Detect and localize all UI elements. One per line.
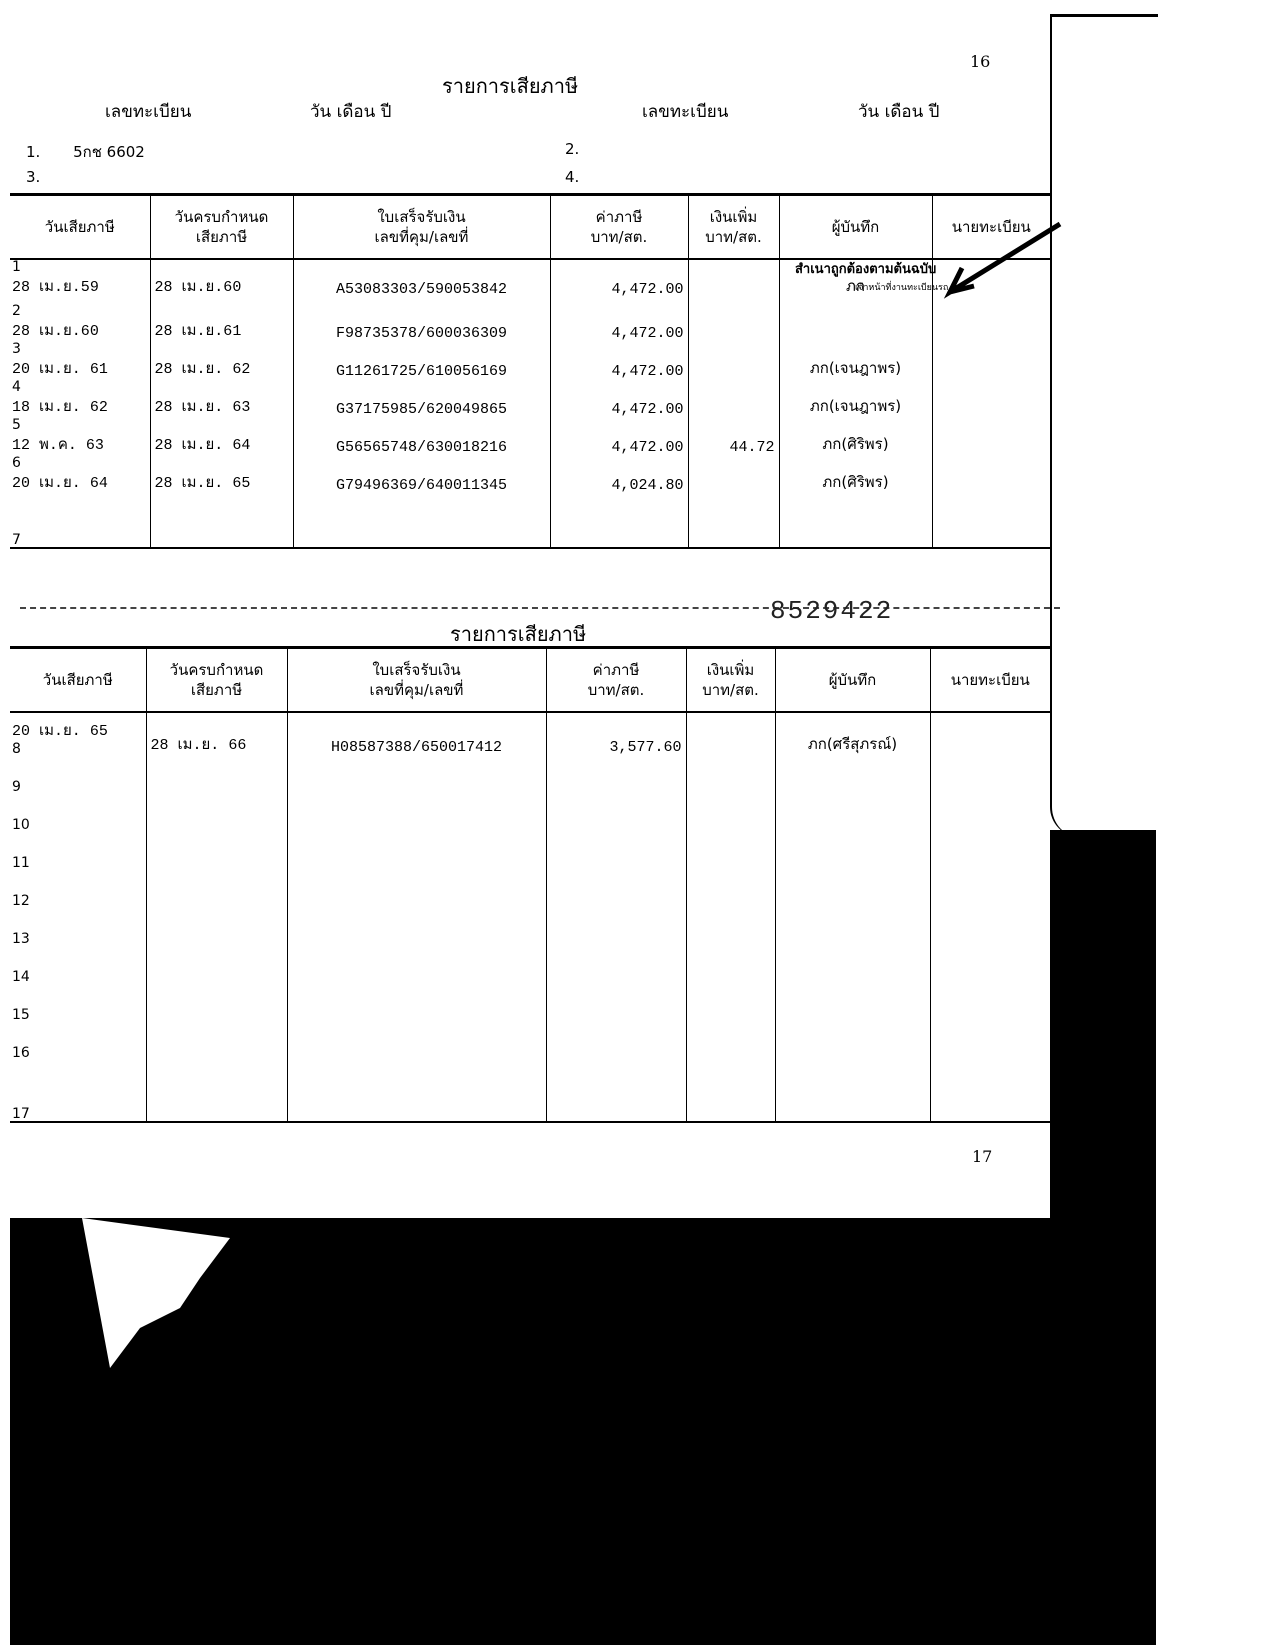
cell-paid: 620 เม.ย. 64 (10, 456, 150, 494)
table-row: 620 เม.ย. 6428 เม.ย. 65G79496369/6400113… (10, 456, 1050, 494)
cell-surcharge: 44.72 (688, 418, 779, 456)
table-header-row: วันเสียภาษี วันครบกำหนดเสียภาษี ใบเสร็จร… (10, 195, 1050, 259)
cell-receipt: G79496369/640011345 (293, 456, 550, 494)
header-tax: ค่าภาษีบาท/สต. (550, 195, 688, 259)
cell-paid: 11 (10, 832, 146, 870)
header-recorder: ผู้บันทึก (775, 648, 930, 712)
row-number: 2 (12, 304, 146, 318)
table-row: 14 (10, 946, 1050, 984)
cell-due: 28 เม.ย. 62 (150, 342, 293, 380)
header-receipt: ใบเสร็จรับเงินเลขที่คุม/เลขที่ (287, 648, 546, 712)
cell-recorder (775, 832, 930, 870)
cell-value: 20 เม.ย. 61 (12, 361, 108, 378)
cell-surcharge (686, 712, 775, 756)
table-row: 10 (10, 794, 1050, 832)
cell-value: 20 เม.ย. 65 (12, 723, 108, 740)
table-row: 12 (10, 870, 1050, 908)
cell-value: 18 เม.ย. 62 (12, 399, 108, 416)
cell-paid: 228 เม.ย.60 (10, 298, 150, 342)
cell-receipt (287, 1060, 546, 1122)
header-receipt: ใบเสร็จรับเงินเลขที่คุม/เลขที่ (293, 195, 550, 259)
cell-paid: 13 (10, 908, 146, 946)
stamp-subtext: เจ้าหน้าที่งานทะเบียนรถ (855, 280, 948, 294)
cell-tax (550, 494, 688, 548)
header-surcharge: เงินเพิ่มบาท/สต. (686, 648, 775, 712)
cell-recorder (775, 870, 930, 908)
header-due-date: วันครบกำหนดเสียภาษี (146, 648, 287, 712)
cell-due: 28 เม.ย. 66 (146, 712, 287, 756)
cell-registrar (932, 380, 1050, 418)
cell-receipt (287, 794, 546, 832)
cell-due (146, 1060, 287, 1122)
cell-receipt (287, 908, 546, 946)
header-registrar: นายทะเบียน (930, 648, 1050, 712)
registration-index: 3. (26, 168, 40, 186)
cell-tax (546, 832, 686, 870)
cell-surcharge (688, 380, 779, 418)
cell-receipt: A53083303/590053842 (293, 259, 550, 298)
cell-receipt (287, 984, 546, 1022)
row-number: 10 (12, 818, 142, 832)
registration-4: 4. (565, 168, 579, 186)
cell-tax: 4,024.80 (550, 456, 688, 494)
cell-paid: 320 เม.ย. 61 (10, 342, 150, 380)
header-tax: ค่าภาษีบาท/สต. (546, 648, 686, 712)
cell-value: 20 เม.ย. 64 (12, 475, 108, 492)
cell-receipt (287, 946, 546, 984)
cell-surcharge (688, 342, 779, 380)
label-reg-no-right: เลขทะเบียน (642, 98, 728, 125)
cell-registrar (932, 298, 1050, 342)
cell-tax: 4,472.00 (550, 298, 688, 342)
cell-registrar (930, 984, 1050, 1022)
row-number: 11 (12, 856, 142, 870)
registration-plate: 5กช 6602 (73, 143, 145, 161)
cell-paid: 16 (10, 1022, 146, 1060)
cell-surcharge (686, 1022, 775, 1060)
row-number: 12 (12, 894, 142, 908)
cell-tax: 4,472.00 (550, 259, 688, 298)
cell-due: 28 เม.ย.60 (150, 259, 293, 298)
cell-recorder (775, 946, 930, 984)
table-row: 9 (10, 756, 1050, 794)
cell-tax (546, 756, 686, 794)
cell-paid: 7 (10, 494, 150, 548)
row-number: 5 (12, 418, 146, 432)
cell-due (146, 794, 287, 832)
header-recorder: ผู้บันทึก (779, 195, 932, 259)
label-date-right: วัน เดือน ปี (858, 98, 939, 125)
cell-due: 28 เม.ย. 64 (150, 418, 293, 456)
row-number: 1 (12, 260, 146, 274)
cell-tax (546, 1022, 686, 1060)
cell-recorder: ภก(เจนฎาพร) (779, 342, 932, 380)
cell-paid: 512 พ.ค. 63 (10, 418, 150, 456)
torn-paper-corner (80, 1218, 250, 1378)
cell-receipt: H08587388/650017412 (287, 712, 546, 756)
cell-registrar (930, 712, 1050, 756)
row-number: 3 (12, 342, 146, 356)
scan-shadow-right (1050, 830, 1156, 1230)
cell-surcharge (686, 756, 775, 794)
cell-registrar (932, 494, 1050, 548)
cell-value: 28 เม.ย.59 (12, 279, 99, 296)
registration-index: 4. (565, 168, 579, 186)
cell-registrar (932, 342, 1050, 380)
table-row: 11 (10, 832, 1050, 870)
cell-paid: 20 เม.ย. 658 (10, 712, 146, 756)
cell-surcharge (686, 1060, 775, 1122)
cell-recorder (775, 984, 930, 1022)
table-row: 15 (10, 984, 1050, 1022)
cell-receipt: G56565748/630018216 (293, 418, 550, 456)
cell-tax (546, 870, 686, 908)
cell-registrar (930, 1022, 1050, 1060)
cell-surcharge (686, 946, 775, 984)
page-number-bottom: 17 (972, 1147, 992, 1166)
row-number: 13 (12, 932, 142, 946)
cell-recorder (779, 298, 932, 342)
cell-due: 28 เม.ย. 63 (150, 380, 293, 418)
cell-due (146, 756, 287, 794)
signature-stroke-icon (940, 220, 1065, 300)
row-number: 8 (12, 742, 142, 756)
cell-due: 28 เม.ย.61 (150, 298, 293, 342)
cell-paid: 9 (10, 756, 146, 794)
tax-payment-table-top: วันเสียภาษี วันครบกำหนดเสียภาษี ใบเสร็จร… (10, 193, 1050, 549)
cell-recorder (775, 1060, 930, 1122)
cell-due (146, 832, 287, 870)
header-due-date: วันครบกำหนดเสียภาษี (150, 195, 293, 259)
cell-surcharge (686, 870, 775, 908)
row-number: 16 (12, 1046, 142, 1060)
label-date-left: วัน เดือน ปี (310, 98, 391, 125)
cell-value: 12 พ.ค. 63 (12, 437, 104, 454)
header-paid-date: วันเสียภาษี (10, 195, 150, 259)
registration-3: 3. (26, 168, 40, 186)
cell-registrar (930, 794, 1050, 832)
cell-tax: 4,472.00 (550, 418, 688, 456)
cell-receipt: F98735378/600036309 (293, 298, 550, 342)
cell-recorder: ภก(ศิริพร) (779, 418, 932, 456)
cell-surcharge (686, 908, 775, 946)
page-number-top: 16 (970, 52, 990, 71)
cell-tax (546, 794, 686, 832)
cell-paid: 15 (10, 984, 146, 1022)
scanned-page-edge (1050, 14, 1158, 837)
cell-tax (546, 1060, 686, 1122)
cell-paid: 17 (10, 1060, 146, 1122)
cell-recorder (779, 494, 932, 548)
cell-recorder: ภก(ศรีสุภรณ์) (775, 712, 930, 756)
cell-receipt (287, 756, 546, 794)
cell-receipt (287, 832, 546, 870)
cell-registrar (932, 418, 1050, 456)
row-number: 4 (12, 380, 146, 394)
registration-1: 1. 5กช 6602 (26, 140, 145, 164)
header-paid-date: วันเสียภาษี (10, 648, 146, 712)
cell-due (146, 908, 287, 946)
cell-surcharge (688, 494, 779, 548)
cell-due (146, 1022, 287, 1060)
cell-tax (546, 984, 686, 1022)
tax-payment-table-bottom: วันเสียภาษี วันครบกำหนดเสียภาษี ใบเสร็จร… (10, 646, 1050, 1123)
cell-receipt (287, 870, 546, 908)
cell-receipt (293, 494, 550, 548)
cell-due: 28 เม.ย. 65 (150, 456, 293, 494)
section-title-top: รายการเสียภาษี (442, 70, 578, 102)
cell-recorder (775, 794, 930, 832)
cell-recorder (775, 756, 930, 794)
table-row: 16 (10, 1022, 1050, 1060)
table-row: 20 เม.ย. 65828 เม.ย. 66H08587388/6500174… (10, 712, 1050, 756)
row-number: 6 (12, 456, 146, 470)
separator-line (20, 607, 1060, 609)
cell-registrar (930, 908, 1050, 946)
cell-surcharge (688, 456, 779, 494)
table-header-row: วันเสียภาษี วันครบกำหนดเสียภาษี ใบเสร็จร… (10, 648, 1050, 712)
cell-registrar (930, 1060, 1050, 1122)
cell-registrar (930, 756, 1050, 794)
row-number: 15 (12, 1008, 142, 1022)
cell-tax (546, 908, 686, 946)
cell-tax: 3,577.60 (546, 712, 686, 756)
cell-paid: 418 เม.ย. 62 (10, 380, 150, 418)
cell-registrar (930, 832, 1050, 870)
row-number: 9 (12, 780, 142, 794)
cell-tax: 4,472.00 (550, 380, 688, 418)
cell-due (146, 870, 287, 908)
cell-due (150, 494, 293, 548)
cell-registrar (932, 456, 1050, 494)
cell-due (146, 984, 287, 1022)
stamp-text: สำเนาถูกต้องตามต้นฉบับ (795, 262, 936, 277)
cell-registrar (930, 946, 1050, 984)
cell-value: 28 เม.ย.60 (12, 323, 99, 340)
row-number: 17 (12, 1107, 142, 1121)
table-row: 17 (10, 1060, 1050, 1122)
header-surcharge: เงินเพิ่มบาท/สต. (688, 195, 779, 259)
registration-2: 2. (565, 140, 579, 158)
cell-receipt (287, 1022, 546, 1060)
row-number: 7 (12, 533, 146, 547)
cell-registrar (930, 870, 1050, 908)
table-row: 418 เม.ย. 6228 เม.ย. 63G37175985/6200498… (10, 380, 1050, 418)
cell-surcharge (688, 298, 779, 342)
cell-paid: 128 เม.ย.59 (10, 259, 150, 298)
cell-recorder: ภก(ศิริพร) (779, 456, 932, 494)
table-row: 228 เม.ย.6028 เม.ย.61F98735378/600036309… (10, 298, 1050, 342)
label-reg-no-left: เลขทะเบียน (105, 98, 191, 125)
separator-number: 8529422 (770, 596, 893, 626)
cell-recorder (775, 908, 930, 946)
cell-surcharge (688, 259, 779, 298)
cell-tax: 4,472.00 (550, 342, 688, 380)
cell-surcharge (686, 984, 775, 1022)
cell-surcharge (686, 832, 775, 870)
cell-paid: 10 (10, 794, 146, 832)
cell-recorder (775, 1022, 930, 1060)
cell-receipt: G37175985/620049865 (293, 380, 550, 418)
cell-receipt: G11261725/610056169 (293, 342, 550, 380)
cell-paid: 12 (10, 870, 146, 908)
registration-index: 2. (565, 140, 579, 158)
table-row: 13 (10, 908, 1050, 946)
cell-tax (546, 946, 686, 984)
registration-index: 1. (26, 143, 40, 161)
cell-surcharge (686, 794, 775, 832)
table-row: 320 เม.ย. 6128 เม.ย. 62G11261725/6100561… (10, 342, 1050, 380)
cell-due (146, 946, 287, 984)
tax-record-sheet: 16 รายการเสียภาษี เลขทะเบียน วัน เดือน ป… (10, 0, 1050, 1218)
row-number: 14 (12, 970, 142, 984)
table-row: 7 (10, 494, 1050, 548)
cell-paid: 14 (10, 946, 146, 984)
cell-recorder: ภก(เจนฎาพร) (779, 380, 932, 418)
table-row: 512 พ.ค. 6328 เม.ย. 64G56565748/63001821… (10, 418, 1050, 456)
